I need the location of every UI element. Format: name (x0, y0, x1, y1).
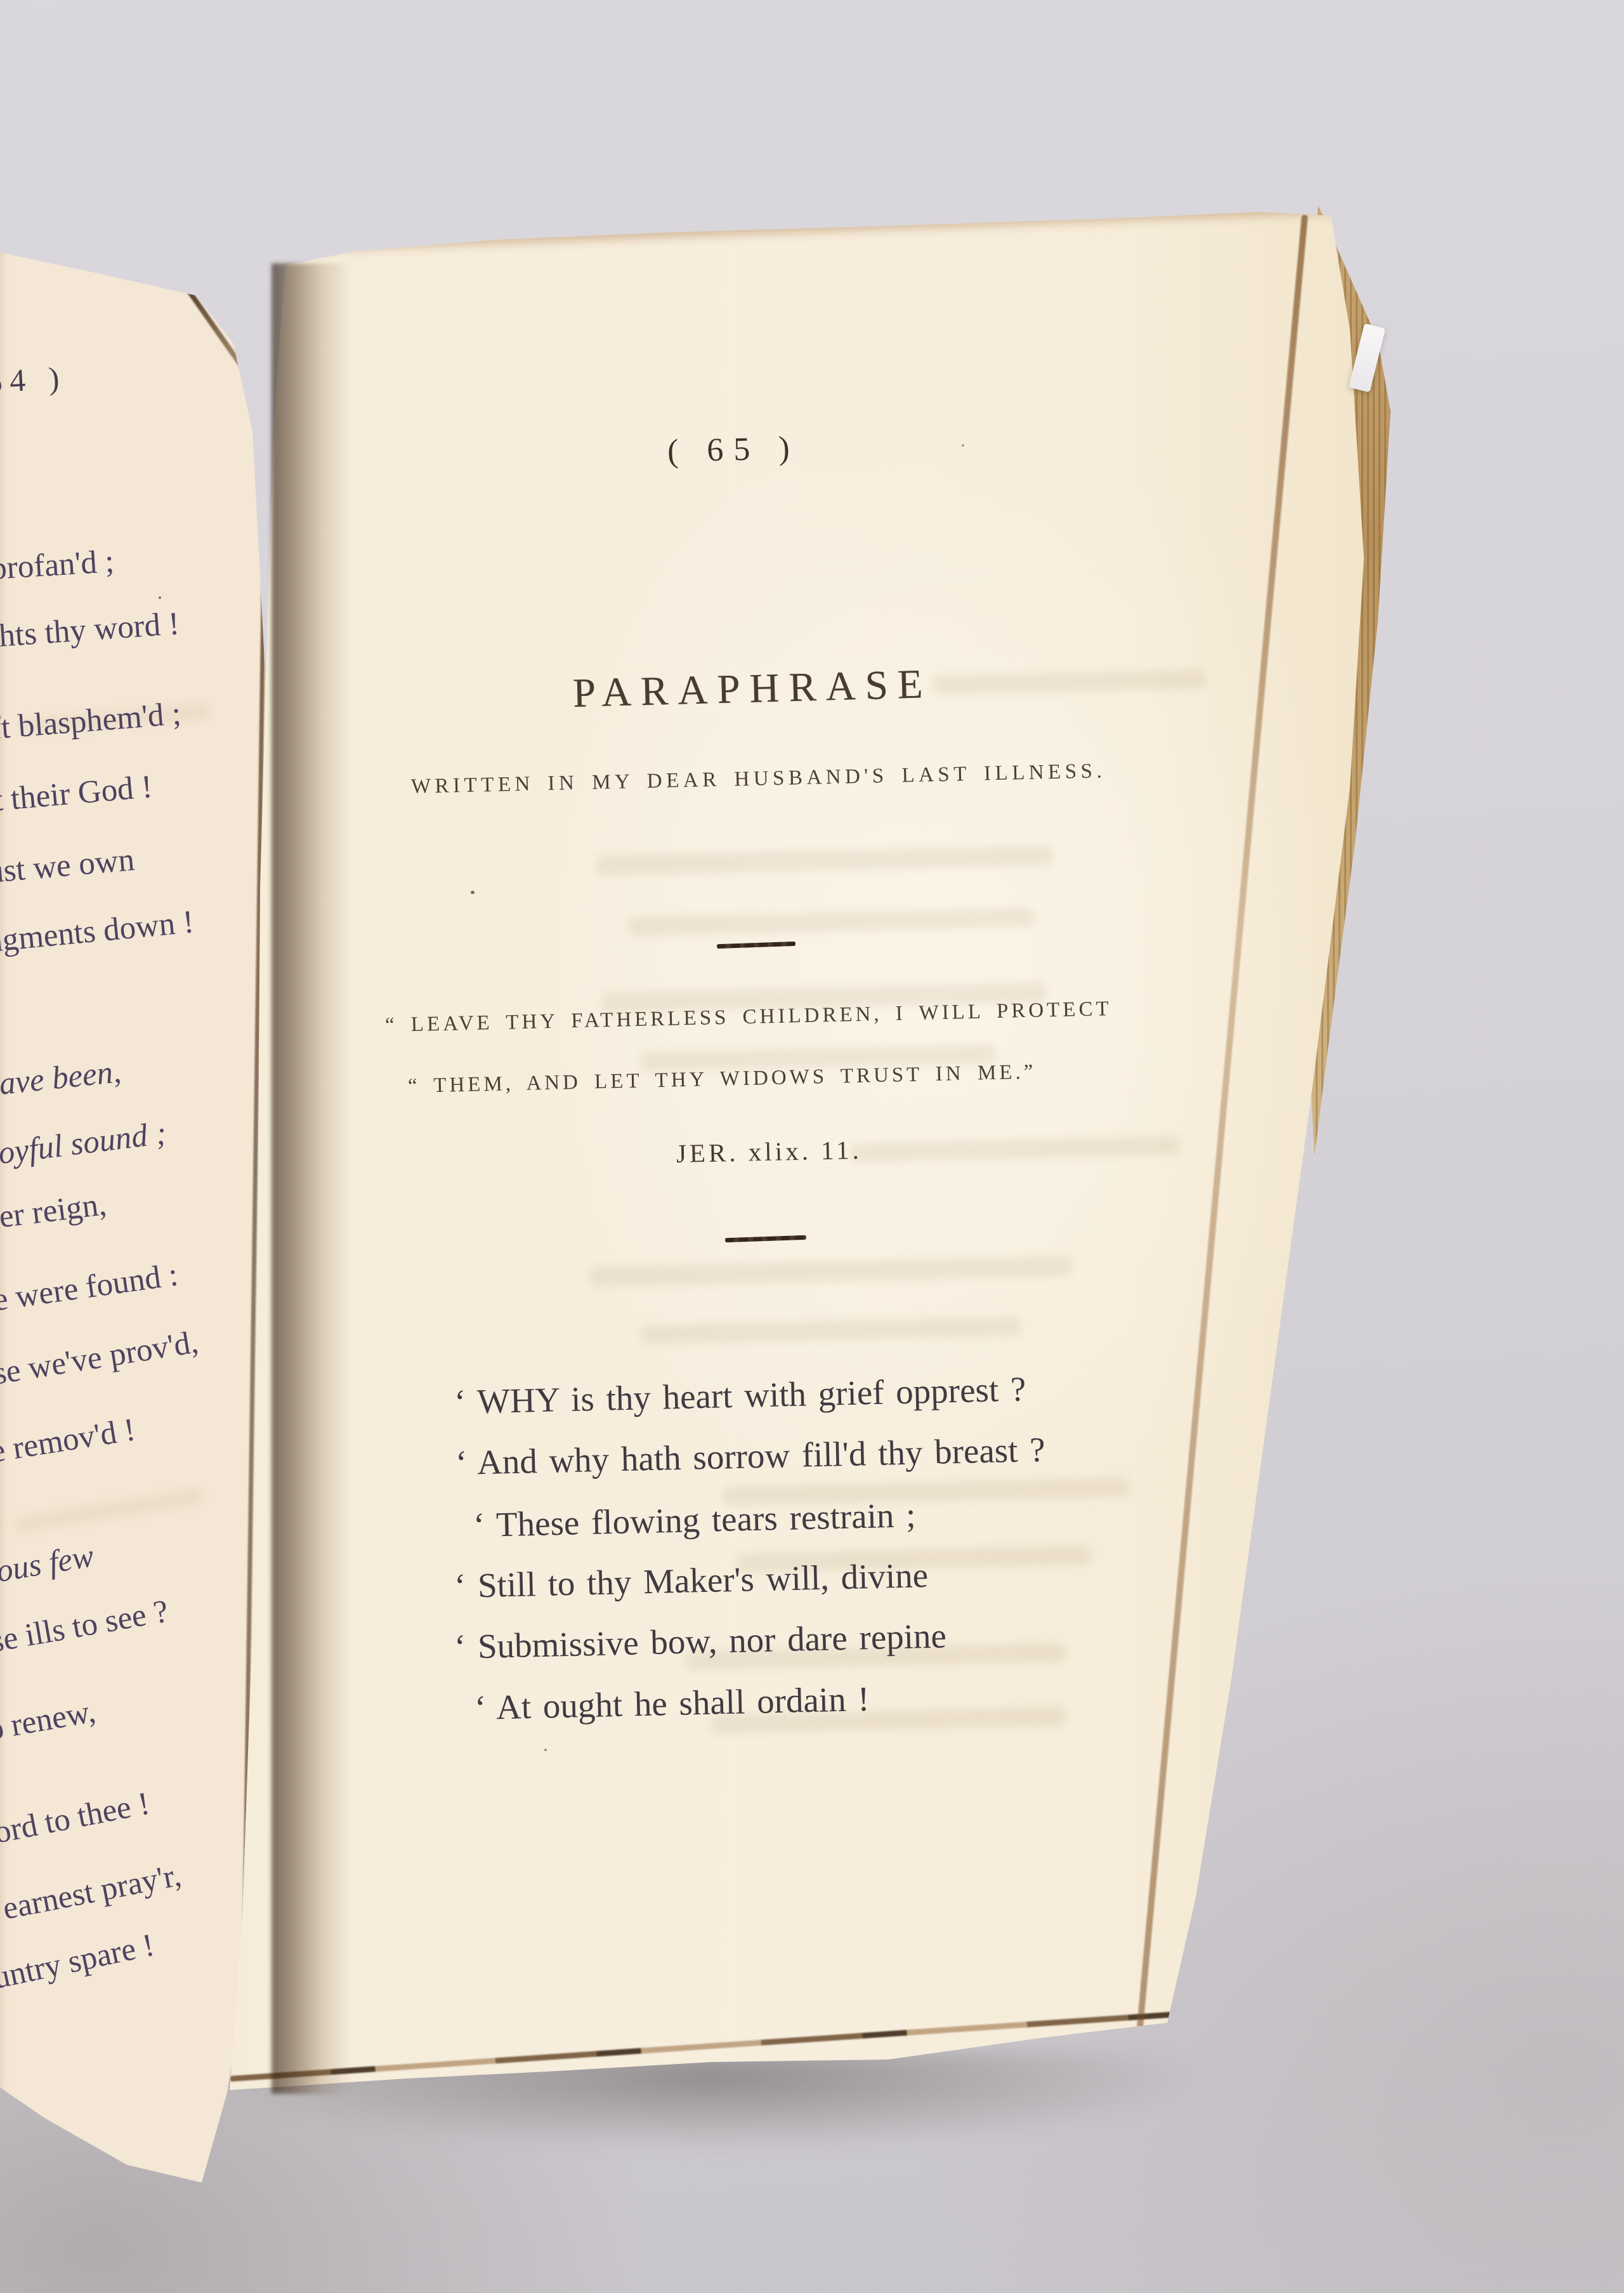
left-page-line: 'd country spare ! (0, 1927, 157, 2009)
left-page-line: he dust we own (0, 841, 136, 896)
left-page-line: ns Lord to thee ! (0, 1785, 153, 1862)
left-page-line: pious few (0, 1537, 96, 1594)
poem-title: PARAPHRASE (572, 660, 933, 718)
left-page-line: s there were found : (0, 1256, 180, 1329)
book-photo: 64 ) are profan'd ; er, slights thy word… (0, 0, 1624, 2293)
show-through-smudge (596, 845, 1054, 876)
left-page-corner-burn-edge (186, 288, 256, 384)
gutter-crease-shadow (272, 263, 351, 2094)
stanza-line: ‘ Still to thy Maker's will, divine (454, 1555, 928, 1606)
left-page-line: s forget their God ! (0, 768, 154, 827)
left-page-line: are profan'd ; (0, 543, 115, 590)
left-page-line: e have been, (0, 1053, 122, 1107)
left-page-line: so base we've prov'd, (0, 1324, 201, 1403)
show-through-smudge (933, 669, 1206, 695)
paper-speck (544, 1749, 547, 1751)
poem-subtitle: WRITTEN IN MY DEAR HUSBAND'S LAST ILLNES… (411, 759, 1106, 799)
stanza-line: ‘ And why hath sorrow fill'd thy breast … (455, 1429, 1045, 1483)
stanza-line: ‘ These flowing tears restrain ; (473, 1495, 916, 1545)
epigraph-reference: JER. xlix. 11. (676, 1134, 862, 1169)
left-page-top-burn-edge (0, 242, 206, 292)
show-through-smudge (590, 1256, 1073, 1287)
left-page-line: how oft blasphem'd ; (0, 695, 182, 753)
show-through-smudge (628, 908, 1035, 936)
left-page-line: ho renew, (0, 1693, 98, 1751)
left-page-line: y be remov'd ! (0, 1411, 138, 1476)
left-page-line: l her reign, (0, 1186, 108, 1240)
show-through-smudge (850, 1136, 1181, 1162)
divider-rule (717, 942, 796, 949)
left-page-number: 64 ) (0, 359, 68, 400)
right-page-top-toning (279, 202, 1345, 258)
divider-rule (725, 1235, 806, 1242)
paper-speck (159, 596, 161, 599)
paper-speck (471, 891, 475, 894)
stanza-line: ‘ WHY is thy heart with grief opprest ? (454, 1369, 1026, 1422)
left-page-line: n these ills to see ? (0, 1593, 171, 1671)
left-page-line: el's joyful sound ; (0, 1115, 169, 1179)
show-through-smudge (13, 1488, 203, 1534)
left-page-line: heir earnest pray'r, (0, 1857, 185, 1939)
left-page-line: er, slights thy word ! (0, 605, 180, 660)
right-page-fore-edge-toning (1136, 214, 1308, 2035)
left-page-line: d thy judgments down ! (0, 903, 195, 969)
page-number: ( 65 ) (667, 430, 800, 470)
show-through-smudge (641, 1317, 1022, 1344)
paper-speck (962, 444, 964, 447)
